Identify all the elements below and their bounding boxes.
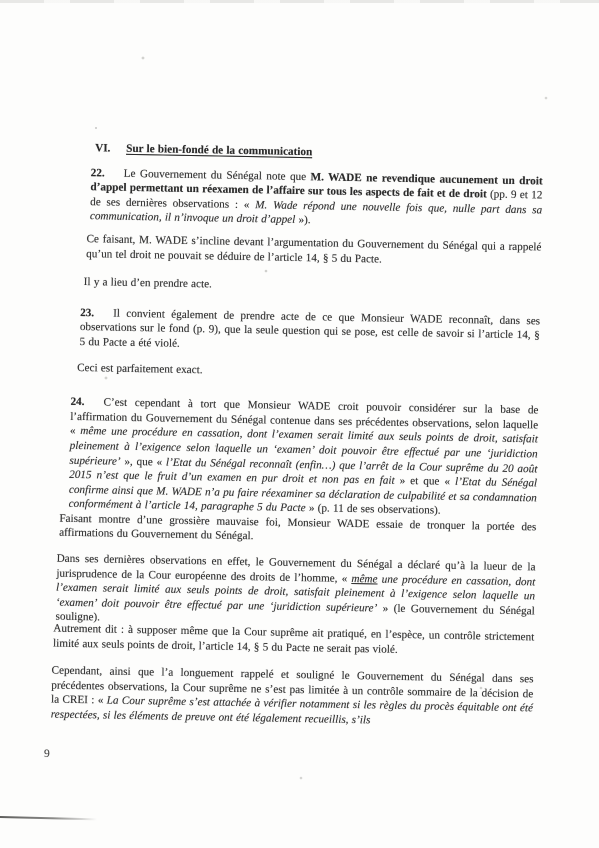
paragraph-ceci-exact: Ceci est parfaitement exact. [77, 360, 539, 383]
paragraph-number: 23. [80, 306, 113, 321]
paragraph-cependant: Cependant, ainsi que l’a longuement rapp… [51, 664, 534, 731]
scan-speckles [95, 127, 97, 129]
paragraph-text: Il convient également de prendre acte de… [80, 307, 541, 349]
page-number: 9 [44, 748, 50, 760]
document-body: VI.Sur le bien-fondé de la communication… [51, 141, 544, 731]
paragraph-text: Dans ses dernières observations en effet… [55, 553, 535, 624]
paragraph-number: 24. [70, 395, 103, 410]
paragraph-text: Le Gouvernement du Sénégal note que M. W… [90, 167, 543, 226]
paragraph-text: Ceci est parfaitement exact. [77, 361, 203, 375]
section-heading: VI.Sur le bien-fondé de la communication [95, 141, 543, 164]
paragraph-dans-ses-dernieres: Dans ses dernières observations en effet… [55, 552, 535, 634]
paragraph-23: 23.Il convient également de prendre acte… [79, 306, 540, 358]
section-number: VI. [95, 141, 126, 156]
document-page: VI.Sur le bien-fondé de la communication… [0, 0, 599, 848]
paragraph-text: Ce faisant, M. WADE s’incline devant l’a… [86, 233, 541, 265]
paragraph-il-y-a-lieu: Il y a lieu d’en prendre acte. [84, 275, 541, 298]
paragraph-text: C’est cependant à tort que Monsieur WADE… [69, 397, 539, 517]
paragraph-24: 24.C’est cependant à tort que Monsieur W… [69, 395, 539, 520]
paragraph-text: Il y a lieu d’en prendre acte. [84, 276, 212, 290]
paragraph-number: 22. [91, 166, 124, 181]
section-title: Sur le bien-fondé de la communication [126, 143, 312, 158]
paragraph-22: 22.Le Gouvernement du Sénégal note que M… [90, 166, 543, 233]
paragraph-text: Cependant, ainsi que l’a longuement rapp… [51, 665, 534, 727]
scan-edge-top-artifact [0, 0, 599, 3]
scan-artifact-line [0, 816, 97, 820]
paragraph-ce-faisant: Ce faisant, M. WADE s’incline devant l’a… [86, 232, 541, 270]
